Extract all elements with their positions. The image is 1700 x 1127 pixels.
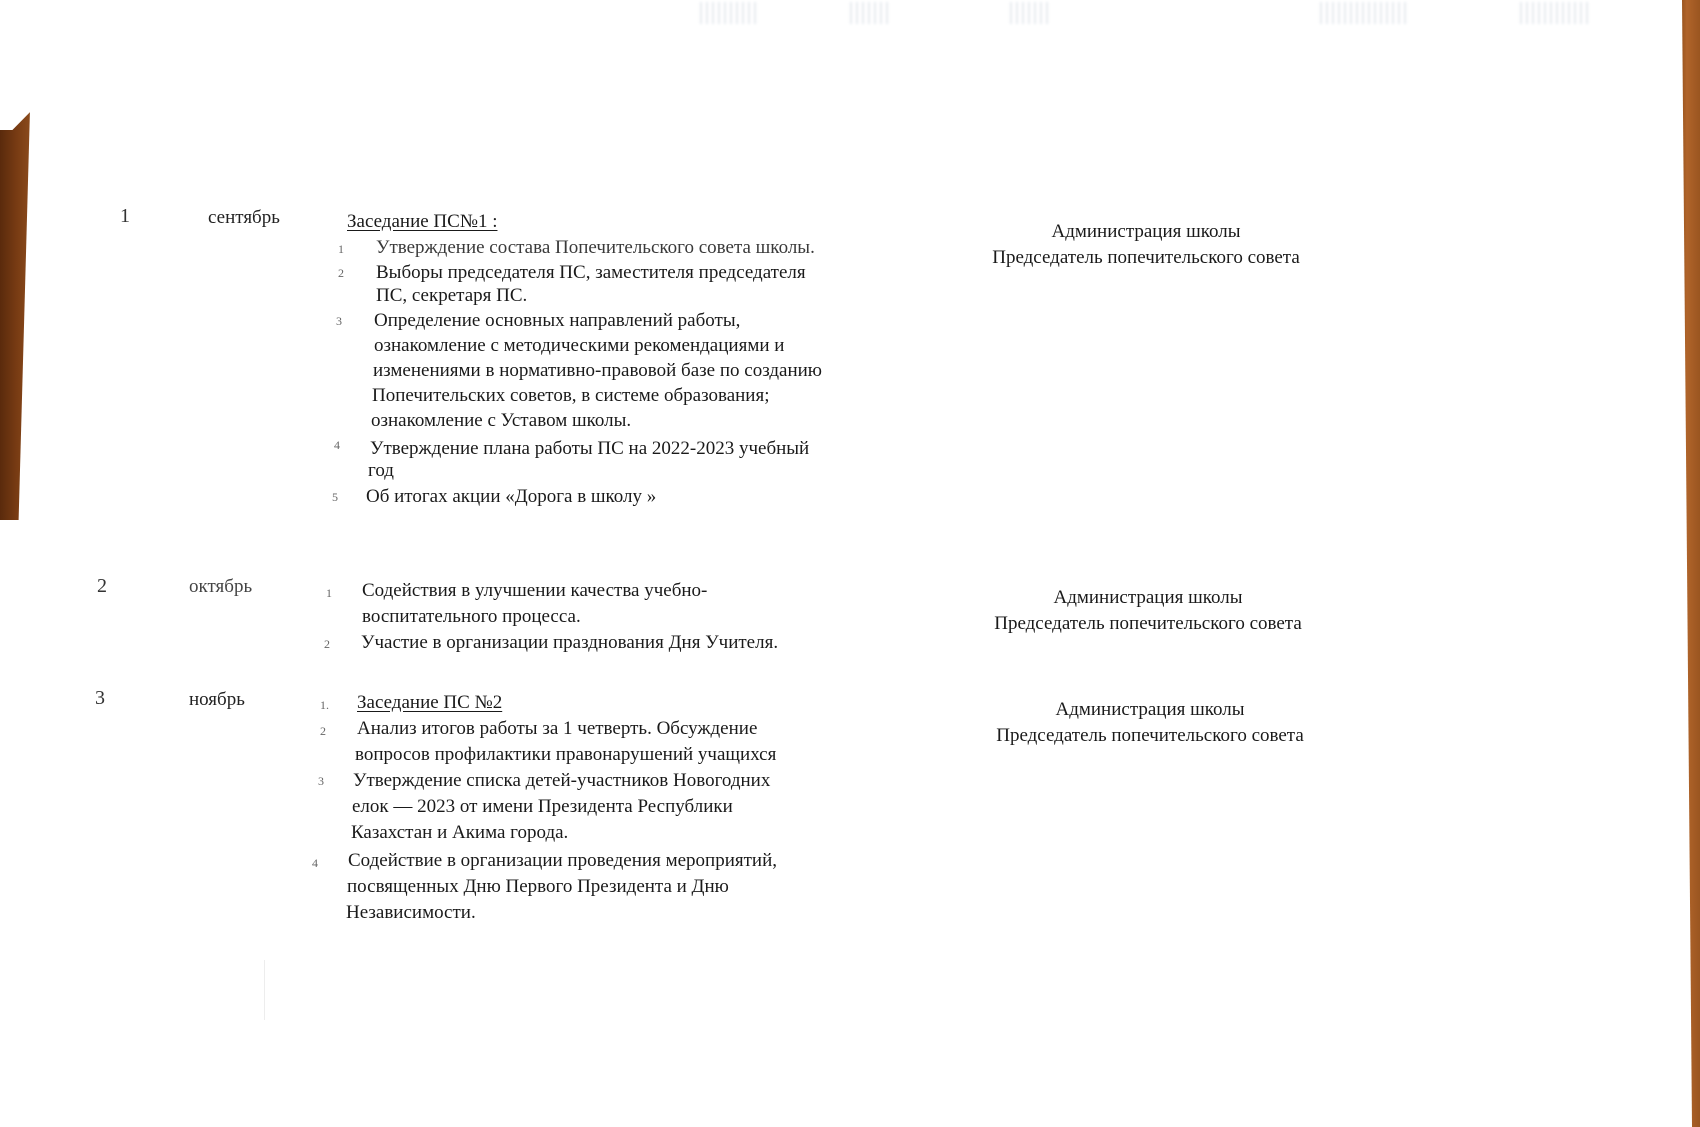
responsible-party: Администрация школы Председатель попечит… — [938, 585, 1358, 637]
month-label: ноябрь — [189, 689, 245, 711]
list-item: Казахстан и Акима города. — [351, 820, 568, 845]
responsible-line: Председатель попечительского совета — [936, 245, 1356, 271]
item-number: 2 — [320, 724, 326, 739]
list-item: Независимости. — [346, 900, 476, 925]
list-item: елок — 2023 от имени Президента Республи… — [352, 794, 733, 819]
row-number: 2 — [97, 575, 107, 598]
list-item: воспитательного процесса. — [362, 604, 581, 629]
item-number: 2 — [324, 637, 330, 652]
list-item: Определение основных направлений работы, — [374, 308, 740, 333]
list-item: Утверждение состава Попечительского сове… — [376, 235, 815, 260]
list-item: Выборы председателя ПС, заместителя пред… — [376, 260, 806, 285]
list-item: посвященных Дню Первого Президента и Дню — [347, 874, 729, 899]
list-item: ознакомление с методическими рекомендаци… — [374, 333, 784, 358]
item-number: 5 — [332, 490, 338, 505]
list-item: ознакомление с Уставом школы. — [371, 408, 631, 433]
page-curl — [0, 0, 160, 130]
responsible-party: Администрация школы Председатель попечит… — [940, 697, 1360, 749]
list-item: изменениями в нормативно-правовой базе п… — [373, 358, 822, 383]
list-item: Анализ итогов работы за 1 четверть. Обсу… — [357, 716, 757, 741]
bleed-through-mark — [1520, 2, 1590, 24]
list-item: Попечительских советов, в системе образо… — [372, 383, 770, 408]
meeting-heading: Заседание ПС№1 : — [347, 209, 497, 234]
list-item: Об итогах акции «Дорога в школу » — [366, 484, 656, 509]
row-number: 3 — [95, 687, 105, 710]
responsible-line: Администрация школы — [938, 585, 1358, 611]
bleed-through-mark — [850, 2, 890, 24]
list-item: Утверждение плана работы ПС на 2022-2023… — [370, 436, 809, 461]
responsible-line: Администрация школы — [936, 219, 1356, 245]
bleed-through-mark — [1320, 2, 1410, 24]
row-number: 1 — [120, 205, 130, 228]
list-item: ПС, секретаря ПС. — [376, 283, 527, 308]
bleed-through-mark — [1010, 2, 1050, 24]
item-number: 4 — [312, 856, 318, 871]
responsible-party: Администрация школы Председатель попечит… — [936, 219, 1356, 271]
item-number: 4 — [334, 438, 340, 453]
month-label: сентябрь — [208, 207, 280, 229]
list-item: год — [368, 458, 394, 483]
bleed-through-mark — [700, 2, 760, 24]
month-label: октябрь — [189, 576, 252, 598]
item-number: 2 — [338, 266, 344, 281]
item-number: 1. — [320, 698, 329, 713]
responsible-line: Администрация школы — [940, 697, 1360, 723]
item-number: 3 — [336, 314, 342, 329]
item-number: 1 — [338, 242, 344, 257]
item-number: 3 — [318, 774, 324, 789]
list-item: вопросов профилактики правонарушений уча… — [355, 742, 776, 767]
table-border — [264, 960, 265, 1020]
list-item: Участие в организации празднования Дня У… — [361, 630, 778, 655]
responsible-line: Председатель попечительского совета — [938, 611, 1358, 637]
wood-background-right — [1678, 0, 1700, 1127]
list-item: Утверждение списка детей-участников Ново… — [353, 768, 770, 793]
responsible-line: Председатель попечительского совета — [940, 723, 1360, 749]
list-item: Содействие в организации проведения меро… — [348, 848, 777, 873]
list-item: Содействия в улучшении качества учебно- — [362, 578, 707, 603]
item-number: 1 — [326, 586, 332, 601]
meeting-heading: Заседание ПС №2 — [357, 690, 502, 715]
